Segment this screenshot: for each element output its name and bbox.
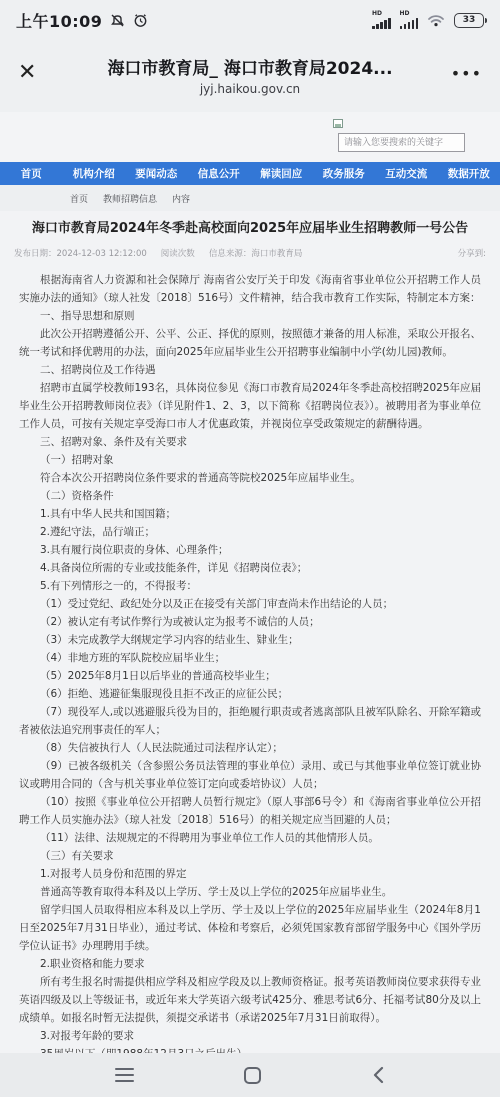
- cellular-signal-icon-1: HD: [372, 11, 391, 29]
- article-paragraph: 根据海南省人力资源和社会保障厅 海南省公安厅关于印发《海南省事业单位公开招聘工作…: [19, 271, 481, 307]
- close-icon[interactable]: ✕: [18, 62, 36, 84]
- article-paragraph: （9）已被各级机关（含参照公务员法管理的事业单位）录用、或已与其他事业单位签订就…: [19, 757, 481, 793]
- nav-item[interactable]: 数据开放: [438, 166, 500, 181]
- views-label: 阅读次数: [161, 247, 195, 259]
- nav-item[interactable]: 互动交流: [375, 166, 438, 181]
- article-paragraph: （8）失信被执行人（人民法院通过司法程序认定）；: [19, 739, 481, 757]
- nav-item[interactable]: 政务服务: [313, 166, 376, 181]
- article-paragraph: 招聘市直属学校教师193名，具体岗位参见《海口市教育局2024年冬季赴高校招聘2…: [19, 379, 481, 433]
- browser-title-bar: ✕ 海口市教育局_ 海口市教育局2024... jyj.haikou.gov.c…: [0, 40, 500, 112]
- breadcrumb: 首页教师招聘信息内容: [0, 185, 500, 211]
- status-bar: 上午10:09 HD HD: [0, 0, 500, 40]
- search-input[interactable]: [338, 133, 465, 152]
- article-paragraph: （10）按照《事业单位公开招聘人员暂行规定》（原人事部6号令）和《海南省事业单位…: [19, 793, 481, 829]
- broken-image-icon: [333, 119, 343, 128]
- article-paragraph: 符合本次公开招聘岗位条件要求的普通高等院校2025年应届毕业生。: [19, 469, 481, 487]
- article-paragraph: （一）招聘对象: [19, 451, 481, 469]
- article-paragraph: （6）拒绝、逃避征集服现役且拒不改正的应征公民；: [19, 685, 481, 703]
- article-paragraph: 1.对报考人员身份和范围的界定: [19, 865, 481, 883]
- article-paragraph: 一、指导思想和原则: [19, 307, 481, 325]
- article-paragraph: 2.职业资格和能力要求: [19, 955, 481, 973]
- wifi-icon: [427, 13, 445, 27]
- home-icon[interactable]: [244, 1067, 261, 1084]
- source-label: 信息来源：海口市教育局: [209, 247, 303, 259]
- article-paragraph: 普通高等教育取得本科及以上学历、学士及以上学位的2025年应届毕业生。: [19, 883, 481, 901]
- menu-icon[interactable]: [115, 1068, 134, 1082]
- article-meta: 发布日期：2024-12-03 12:12:00 阅读次数 信息来源：海口市教育…: [0, 241, 500, 263]
- screen: 上午10:09 HD HD: [0, 0, 500, 1097]
- article-paragraph: （三）有关要求: [19, 847, 481, 865]
- article-paragraph: （11）法律、法规规定的不得聘用为事业单位工作人员的其他情形人员。: [19, 829, 481, 847]
- article-paragraph: 1.具有中华人民共和国国籍；: [19, 505, 481, 523]
- article-paragraph: 3.具有履行岗位职责的身体、心理条件；: [19, 541, 481, 559]
- page-title: 海口市教育局_ 海口市教育局2024...: [0, 40, 500, 79]
- article-paragraph: 留学归国人员取得相应本科及以上学历、学士及以上学位的2025年应届毕业生（202…: [19, 901, 481, 955]
- article-paragraph: （3）未完成教学大纲规定学习内容的结业生、肄业生；: [19, 631, 481, 649]
- article-paragraph: （1）受过党纪、政纪处分以及正在接受有关部门审查尚未作出结论的人员；: [19, 595, 481, 613]
- article-paragraph: （二）资格条件: [19, 487, 481, 505]
- article-title: 海口市教育局2024年冬季赴高校面向2025年应届毕业生招聘教师一号公告: [0, 211, 500, 241]
- breadcrumb-item[interactable]: 首页: [70, 192, 88, 205]
- article-paragraph: 4.具备岗位所需的专业或技能条件，详见《招聘岗位表》；: [19, 559, 481, 577]
- search-row: [0, 112, 500, 162]
- nav-item[interactable]: 信息公开: [188, 166, 251, 181]
- main-nav: 首页机构介绍要闻动态信息公开解读回应政务服务互动交流数据开放: [0, 162, 500, 185]
- nav-item[interactable]: 机构介绍: [63, 166, 126, 181]
- publish-date-value: 2024-12-03 12:12:00: [57, 249, 147, 259]
- article-paragraph: 所有考生报名时需提供相应学科及相应学段及以上教师资格证。报考英语教师岗位要求获得…: [19, 973, 481, 1027]
- hd-badge-2: HD: [400, 11, 410, 17]
- more-menu-icon[interactable]: •••: [451, 64, 482, 83]
- breadcrumb-item[interactable]: 内容: [172, 192, 190, 205]
- mute-vibrate-icon: [110, 13, 125, 28]
- publish-date-label: 发布日期：2024-12-03 12:12:00: [14, 247, 147, 259]
- nav-item[interactable]: 首页: [0, 166, 63, 181]
- back-icon[interactable]: [371, 1065, 385, 1085]
- cellular-signal-icon-2: HD: [400, 11, 419, 29]
- article-paragraph: 3.对报考年龄的要求: [19, 1027, 481, 1045]
- battery-indicator: 33: [454, 13, 484, 28]
- nav-item[interactable]: 要闻动态: [125, 166, 188, 181]
- article-paragraph: 二、招聘岗位及工作待遇: [19, 361, 481, 379]
- alarm-clock-icon: [133, 13, 148, 28]
- battery-percent: 33: [463, 15, 476, 25]
- article-paragraph: （7）现役军人,或以逃避服兵役为目的，拒绝履行职责或者逃离部队且被军队除名、开除…: [19, 703, 481, 739]
- article-paragraph: （4）非地方班的军队院校应届毕业生；: [19, 649, 481, 667]
- page-url: jyj.haikou.gov.cn: [0, 82, 500, 96]
- article-paragraph: 5.有下列情形之一的，不得报考：: [19, 577, 481, 595]
- article-paragraph: （2）被认定有考试作弊行为或被认定为报考不诚信的人员；: [19, 613, 481, 631]
- article-paragraph: 2.遵纪守法，品行端正；: [19, 523, 481, 541]
- article-paragraph: （5）2025年8月1日以后毕业的普通高校毕业生；: [19, 667, 481, 685]
- article-body: 根据海南省人力资源和社会保障厅 海南省公安厅关于印发《海南省事业单位公开招聘工作…: [0, 263, 500, 1081]
- nav-item[interactable]: 解读回应: [250, 166, 313, 181]
- hd-badge-1: HD: [372, 11, 382, 17]
- article-paragraph: 三、招聘对象、条件及有关要求: [19, 433, 481, 451]
- android-nav-bar: [0, 1053, 500, 1097]
- source-value: 海口市教育局: [251, 249, 302, 259]
- share-label[interactable]: 分享到:: [458, 247, 486, 259]
- article-paragraph: 此次公开招聘遵循公开、公平、公正、择优的原则，按照德才兼备的用人标准，采取公开报…: [19, 325, 481, 361]
- breadcrumb-item[interactable]: 教师招聘信息: [103, 192, 157, 205]
- clock-time: 上午10:09: [16, 9, 102, 32]
